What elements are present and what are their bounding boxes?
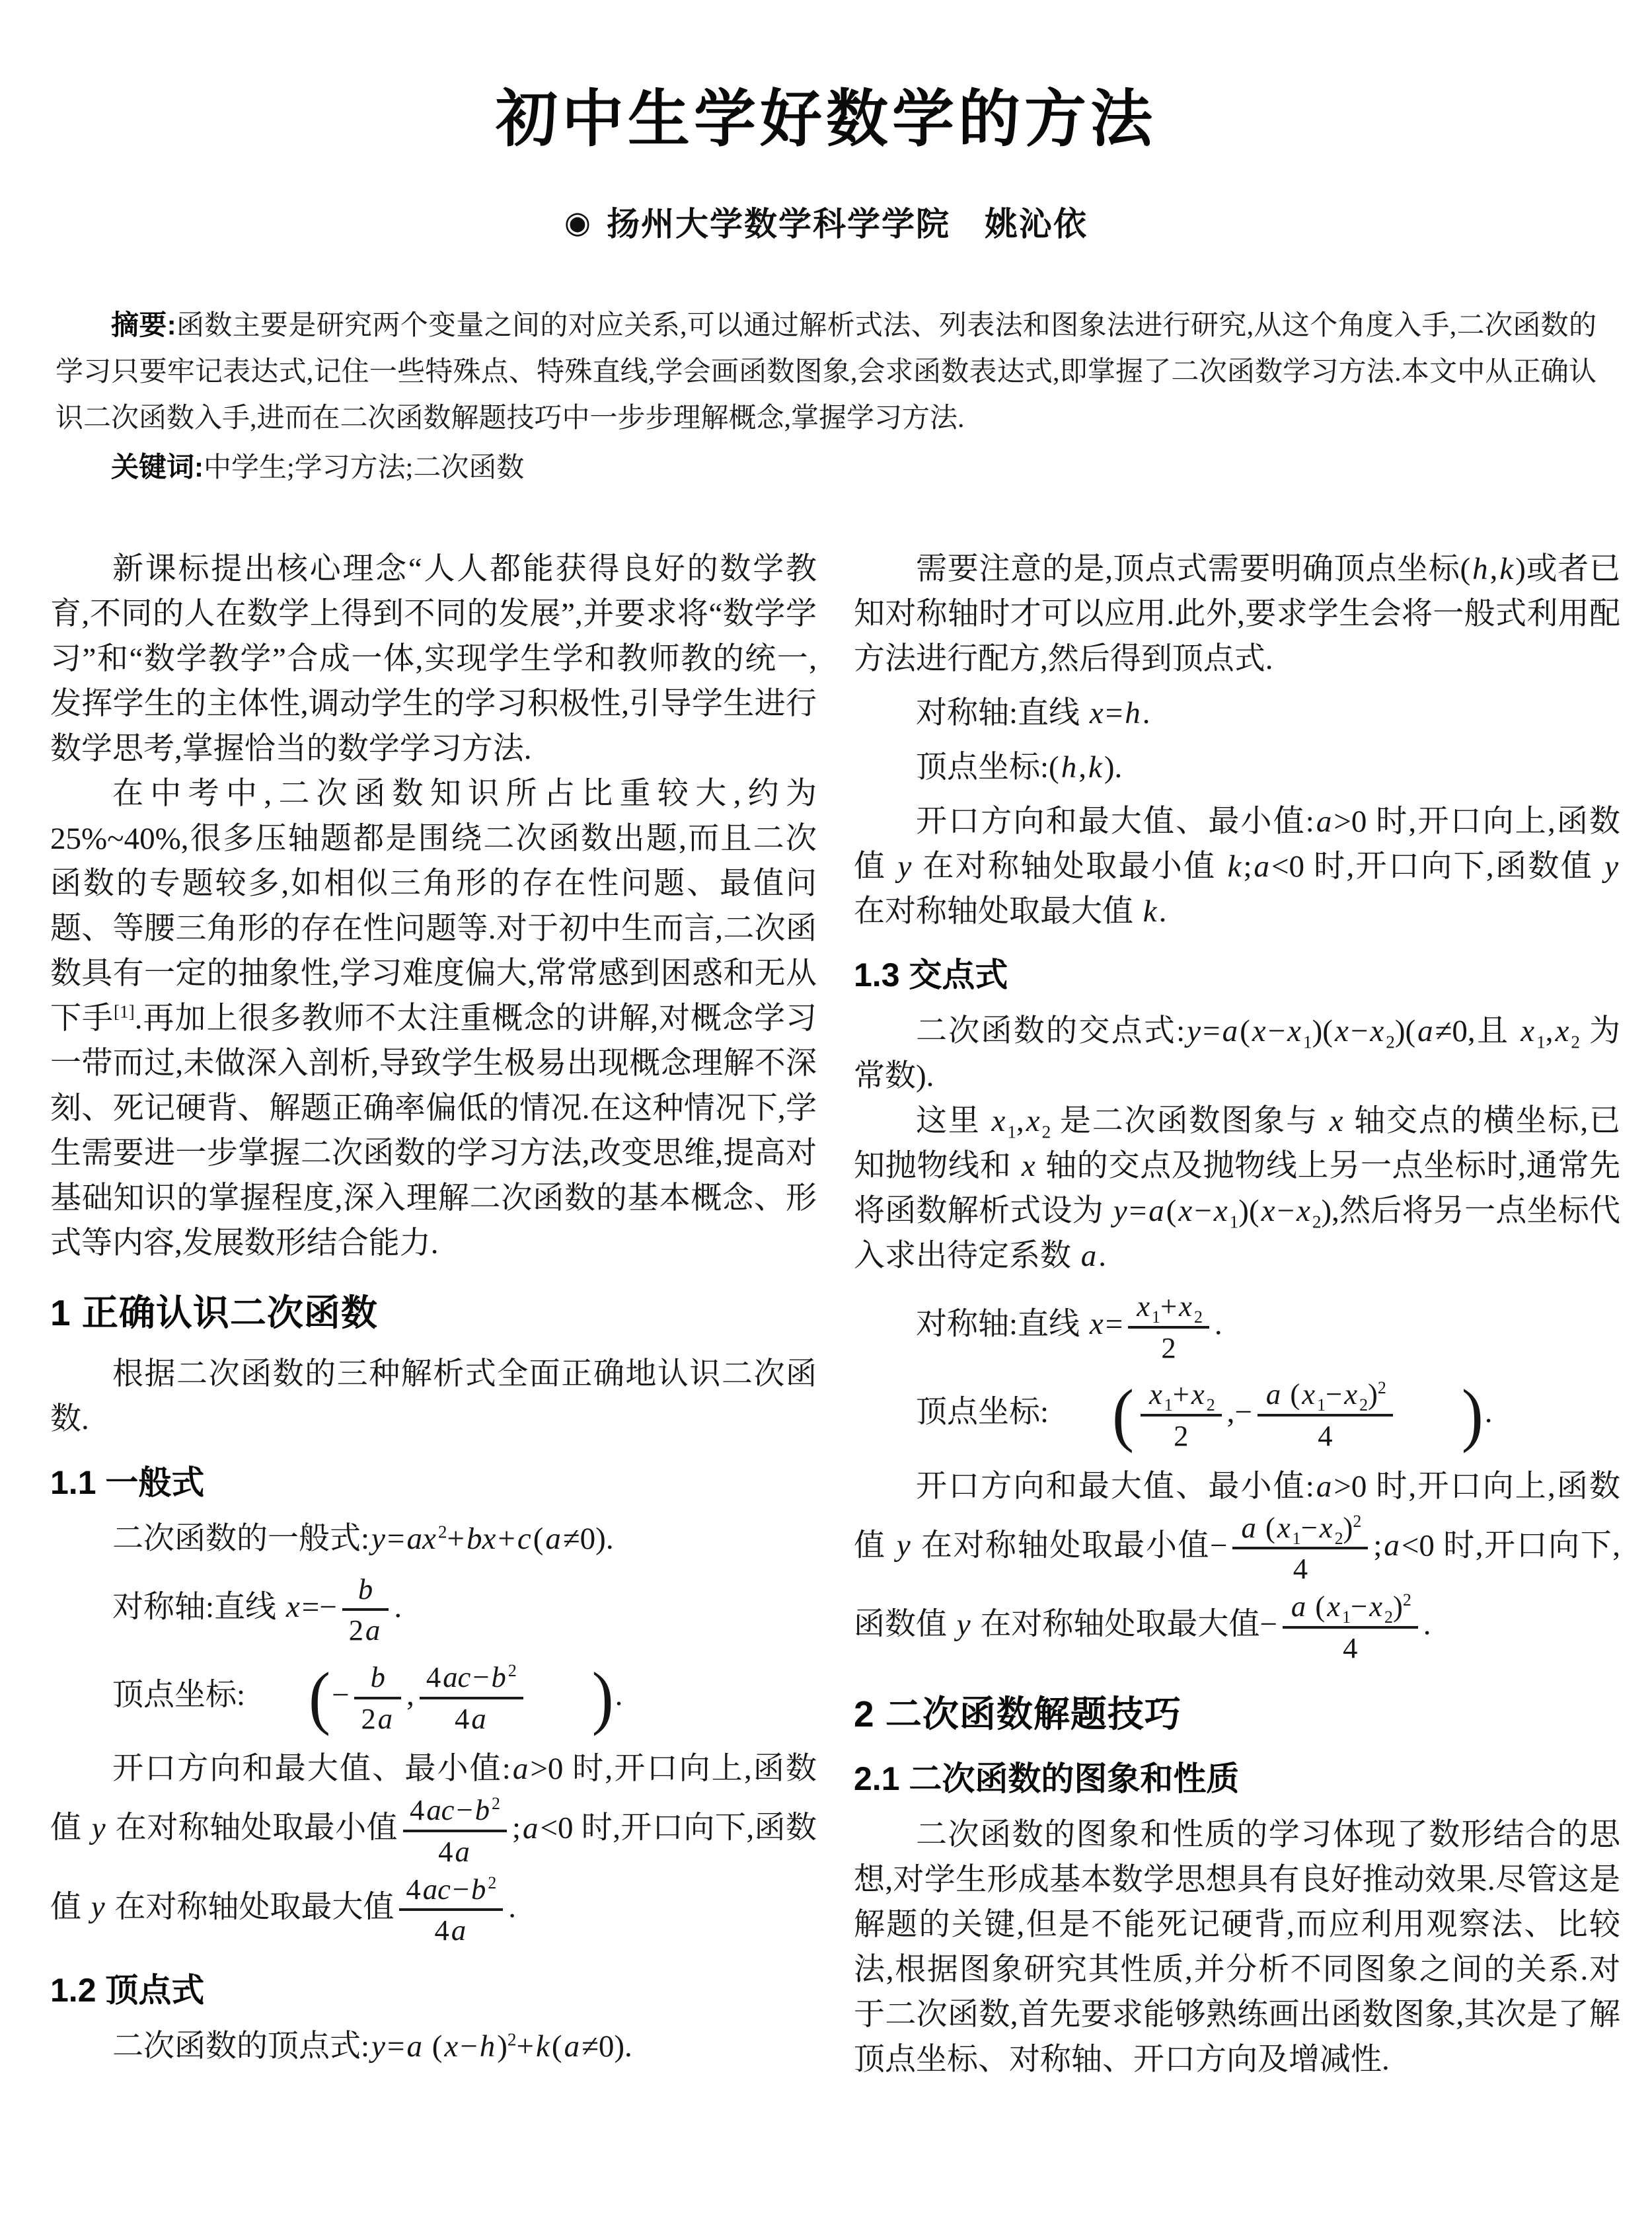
math-var-subscripted: x2 — [1367, 1590, 1393, 1623]
math-var: h — [1470, 552, 1490, 586]
math-var: y — [369, 1522, 387, 1556]
intro-paragraph-2: 在中考中,二次函数知识所占比重较大,约为25%~40%,很多压轴题都是围绕二次函… — [50, 771, 817, 1266]
math-var: ac — [424, 1793, 456, 1826]
subscript: 1 — [1007, 1122, 1016, 1142]
math-var: x — [1318, 1511, 1335, 1544]
math-var-subscripted: x1 — [1275, 1511, 1301, 1544]
abstract-text: 函数主要是研究两个变量之间的对应关系,可以通过解析式法、列表法和图象法进行研究,… — [56, 311, 1596, 434]
math-var: a — [1239, 1511, 1258, 1544]
fraction-denominator: 4 — [1232, 1549, 1368, 1586]
subscript: 1 — [1152, 1307, 1160, 1327]
subscript: 1 — [1303, 1032, 1312, 1052]
subscript: 2 — [1312, 1212, 1322, 1231]
math-var: x — [1553, 1014, 1571, 1048]
math-var: x — [1342, 1378, 1359, 1411]
left-column: 新课标提出核心理念“人人都能获得良好的数学教育,不同的人在数学上得到不同的发展”… — [50, 547, 817, 2082]
math-var-subscripted: x2 — [1189, 1378, 1215, 1411]
fraction-denominator: 4 — [1283, 1629, 1418, 1666]
math-var: y — [895, 1528, 913, 1563]
math-var: h — [1059, 750, 1079, 785]
fraction-numerator: a (x1−x2)2 — [1258, 1377, 1393, 1417]
superscript: 2 — [507, 2029, 517, 2049]
math-var: x — [442, 2029, 460, 2064]
fraction: 4ac−b24a — [399, 1872, 503, 1948]
fraction-denominator: 2a — [354, 1699, 401, 1736]
fraction: x1+x22 — [1128, 1289, 1209, 1365]
vertex-form-definition: 二次函数的顶点式:y=a (x−h)2+k(a≠0). — [50, 2024, 817, 2069]
subscript: 2 — [1207, 1395, 1215, 1415]
abstract-paragraph: 摘要:函数主要是研究两个变量之间的对应关系,可以通过解析式法、列表法和图象法进行… — [56, 302, 1596, 442]
keywords-text: 中学生;学习方法;二次函数 — [204, 453, 524, 483]
fraction-numerator: b — [342, 1572, 389, 1611]
superscript: [1] — [114, 1001, 135, 1021]
math-var: x — [1135, 1290, 1152, 1323]
math-var: bx — [465, 1522, 498, 1556]
author-bullet-icon: ◉ — [564, 205, 592, 239]
math-var: k — [534, 2029, 552, 2064]
math-var: x — [1088, 1307, 1106, 1341]
math-var: x — [1368, 1014, 1386, 1048]
math-var: y — [369, 2029, 387, 2064]
math-var-subscripted: x1 — [1300, 1378, 1326, 1411]
math-var-subscripted: x1 — [1147, 1378, 1173, 1411]
math-var: ac — [441, 1660, 472, 1693]
intersection-vertex-formula: 顶点坐标:(x1+x22,−a (x1−x2)24). — [854, 1376, 1620, 1454]
math-var: h — [478, 2029, 498, 2064]
math-var-subscripted: x1 — [989, 1104, 1016, 1138]
math-var: y — [1602, 849, 1620, 884]
math-var: ac — [421, 1873, 453, 1906]
math-var: x — [1250, 1014, 1268, 1048]
math-var: x — [1328, 1104, 1345, 1138]
fraction: a (x1−x2)24 — [1258, 1377, 1393, 1453]
math-var: b — [356, 1572, 375, 1606]
math-var: b — [473, 1793, 492, 1826]
math-var: a — [404, 2029, 424, 2064]
subscript: 2 — [1359, 1395, 1368, 1415]
math-var: x — [1367, 1590, 1384, 1623]
math-var-subscripted: x1 — [1519, 1014, 1546, 1048]
math-var: a — [1264, 1378, 1283, 1411]
subscript: 2 — [1335, 1529, 1343, 1548]
math-var: b — [369, 1660, 387, 1693]
math-var: x — [1189, 1378, 1207, 1411]
math-var-subscripted: x1 — [1285, 1014, 1312, 1048]
math-var: x — [1519, 1014, 1536, 1048]
subscript: 1 — [1293, 1529, 1301, 1548]
math-var: ax — [404, 1522, 437, 1556]
math-var-subscripted: x2 — [1553, 1014, 1580, 1048]
math-var: a — [1252, 849, 1272, 884]
fraction-denominator: 4a — [403, 1832, 507, 1869]
math-var: a — [521, 1811, 541, 1845]
subscript: 2 — [1194, 1307, 1203, 1327]
math-var: x — [1088, 696, 1106, 730]
fraction: 4ac−b24a — [403, 1793, 507, 1869]
fraction-numerator: x1+x2 — [1141, 1377, 1222, 1417]
math-var: a — [562, 2029, 582, 2064]
math-var: a — [469, 1702, 488, 1735]
subscript: 2 — [1042, 1122, 1051, 1142]
subscript: 1 — [1342, 1608, 1351, 1627]
math-var: a — [449, 1914, 468, 1947]
subscript: 1 — [1164, 1395, 1173, 1415]
math-var: x — [1285, 1014, 1303, 1048]
math-var: x — [1259, 1194, 1277, 1228]
fraction: b2a — [342, 1572, 389, 1648]
math-var-subscripted: x2 — [1368, 1014, 1395, 1048]
math-var: a — [453, 1835, 471, 1868]
math-var: x — [1300, 1378, 1317, 1411]
fraction-denominator: 2a — [342, 1611, 389, 1648]
section-2-heading: 2 二次函数解题技巧 — [854, 1691, 1620, 1738]
superscript: 2 — [1403, 1590, 1411, 1610]
right-column: 需要注意的是,顶点式需要明确顶点坐标(h,k)或者已知对称轴时才可以应用.此外,… — [854, 547, 1620, 2082]
fraction: b2a — [354, 1660, 401, 1736]
superscript: 2 — [492, 1794, 500, 1813]
math-var-subscripted: x2 — [1177, 1290, 1203, 1323]
math-var: c — [515, 1522, 533, 1556]
math-var: k — [1226, 849, 1244, 884]
fraction-numerator: a (x1−x2)2 — [1283, 1589, 1418, 1629]
subscript: 1 — [1317, 1395, 1326, 1415]
math-var: x — [1147, 1378, 1164, 1411]
math-var: y — [1185, 1014, 1203, 1048]
math-var: k — [1141, 894, 1159, 929]
math-var: a — [363, 1613, 382, 1647]
fraction: a (x1−x2)24 — [1283, 1589, 1418, 1665]
math-var: a — [1289, 1590, 1308, 1623]
math-var-subscripted: x2 — [1318, 1511, 1343, 1544]
math-var: a — [1415, 1014, 1435, 1048]
vertex-vertex-formula: 顶点坐标:(h,k). — [854, 745, 1620, 790]
fraction: a (x1−x2)24 — [1232, 1510, 1368, 1586]
section-2-1-heading: 2.1 二次函数的图象和性质 — [854, 1758, 1620, 1801]
math-var: b — [469, 1873, 488, 1906]
math-var: x — [1275, 1511, 1293, 1544]
math-var-subscripted: x1 — [1212, 1194, 1239, 1228]
abstract-label: 摘要: — [111, 309, 176, 340]
math-var: x — [1295, 1194, 1312, 1228]
paper-page: 初中生学好数学的方法 ◉扬州大学数学科学学院 姚沁依 摘要:函数主要是研究两个变… — [0, 0, 1652, 2213]
math-var: x — [1325, 1590, 1342, 1623]
math-var: x — [1020, 1149, 1037, 1183]
superscript: 2 — [488, 1873, 496, 1892]
math-var: x — [1177, 1290, 1194, 1323]
vertex-form-note: 需要注意的是,顶点式需要明确顶点坐标(h,k)或者已知对称轴时才可以应用.此外,… — [854, 547, 1620, 681]
superscript: 2 — [1353, 1512, 1361, 1531]
intersection-extrema-paragraph: 开口方向和最大值、最小值:a>0 时,开口向上,函数值 y 在对称轴处取最小值−… — [854, 1464, 1620, 1667]
fraction-numerator: b — [354, 1660, 401, 1699]
math-var: a — [1079, 1239, 1099, 1273]
fraction-denominator: 2 — [1141, 1417, 1222, 1454]
math-var-subscripted: x1 — [1135, 1290, 1160, 1323]
section-1-3-heading: 1.3 交点式 — [854, 954, 1620, 997]
math-var: x — [1333, 1014, 1351, 1048]
section-1-1-heading: 1.1 一般式 — [50, 1461, 817, 1504]
fraction-numerator: a (x1−x2)2 — [1232, 1510, 1368, 1550]
general-axis-formula: 对称轴:直线 x=−b2a. — [50, 1571, 817, 1649]
subscript: 2 — [1386, 1032, 1395, 1052]
fraction-numerator: 4ac−b2 — [420, 1660, 523, 1699]
graph-properties-paragraph: 二次函数的图象和性质的学习体现了数形结合的思想,对学生形成基本数学思想具有良好推… — [854, 1812, 1620, 2082]
math-var: x — [989, 1104, 1007, 1138]
subscript: 2 — [1571, 1032, 1580, 1052]
math-var: a — [511, 1752, 531, 1786]
author-affiliation-name: 扬州大学数学科学学院 姚沁依 — [607, 206, 1088, 243]
intersection-form-note: 这里 x1,x2 是二次函数图象与 x 轴交点的横坐标,已知抛物线和 x 轴的交… — [854, 1099, 1620, 1278]
vertex-axis-formula: 对称轴:直线 x=h. — [854, 691, 1620, 736]
section-1-2-heading: 1.2 顶点式 — [50, 1969, 817, 2012]
abstract-section: 摘要:函数主要是研究两个变量之间的对应关系,可以通过解析式法、列表法和图象法进行… — [56, 302, 1596, 491]
math-var: y — [90, 1811, 108, 1845]
big-paren: ) — [1398, 1389, 1485, 1442]
math-var: a — [1382, 1528, 1402, 1563]
subscript: 2 — [1384, 1608, 1393, 1627]
general-vertex-formula: 顶点坐标:(−b2a,4ac−b24a). — [50, 1658, 817, 1737]
subscript: 1 — [1230, 1212, 1239, 1231]
intersection-form-definition: 二次函数的交点式:y=a(x−x1)(x−x2)(a≠0,且 x1,x2 为常数… — [854, 1009, 1620, 1099]
math-var: b — [490, 1660, 508, 1693]
math-var: a — [1220, 1014, 1240, 1048]
author-line: ◉扬州大学数学科学学院 姚沁依 — [0, 198, 1652, 245]
math-var: a — [1314, 1469, 1334, 1504]
fraction-denominator: 4a — [399, 1911, 503, 1948]
general-form-definition: 二次函数的一般式:y=ax2+bx+c(a≠0). — [50, 1516, 817, 1561]
math-var: x — [1212, 1194, 1230, 1228]
vertex-extrema-paragraph: 开口方向和最大值、最小值:a>0 时,开口向上,函数值 y 在对称轴处取最小值 … — [854, 799, 1620, 934]
math-var: a — [1314, 804, 1334, 839]
math-var: y — [895, 849, 913, 884]
big-paren: ) — [529, 1672, 615, 1725]
keywords-label: 关键词: — [111, 451, 204, 483]
math-var: x — [1176, 1194, 1194, 1228]
superscript: 2 — [438, 1522, 447, 1541]
math-var: a — [543, 1522, 563, 1556]
page-title: 初中生学好数学的方法 — [0, 69, 1652, 158]
fraction-numerator: x1+x2 — [1128, 1289, 1209, 1329]
math-var-subscripted: x2 — [1024, 1104, 1051, 1138]
section-1-intro: 根据二次函数的三种解析式全面正确地认识二次函数. — [50, 1352, 817, 1442]
math-var-subscripted: x1 — [1325, 1590, 1351, 1623]
math-var-subscripted: x2 — [1342, 1378, 1368, 1411]
body-columns: 新课标提出核心理念“人人都能获得良好的数学教育,不同的人在数学上得到不同的发展”… — [50, 547, 1620, 2082]
math-var: x — [284, 1590, 302, 1624]
fraction-numerator: 4ac−b2 — [403, 1793, 507, 1832]
section-1-heading: 1 正确认识二次函数 — [50, 1290, 817, 1337]
intersection-axis-formula: 对称轴:直线 x=x1+x22. — [854, 1288, 1620, 1366]
big-paren: ( — [245, 1672, 332, 1725]
general-extrema-paragraph: 开口方向和最大值、最小值:a>0 时,开口向上,函数值 y 在对称轴处取最小值4… — [50, 1746, 817, 1949]
big-paren: ( — [1049, 1389, 1135, 1442]
math-var: h — [1123, 696, 1143, 730]
math-var: y — [955, 1608, 973, 1642]
math-var: x — [1024, 1104, 1042, 1138]
math-var: a — [376, 1702, 394, 1735]
math-var: k — [1086, 750, 1104, 785]
fraction: 4ac−b24a — [420, 1660, 523, 1736]
fraction: x1+x22 — [1141, 1377, 1222, 1453]
superscript: 2 — [508, 1661, 517, 1680]
math-var: y — [1111, 1194, 1129, 1228]
math-var: y — [89, 1890, 107, 1924]
fraction-denominator: 2 — [1128, 1329, 1209, 1366]
intro-paragraph-1: 新课标提出核心理念“人人都能获得良好的数学教育,不同的人在数学上得到不同的发展”… — [50, 547, 817, 771]
superscript: 2 — [1378, 1379, 1386, 1398]
subscript: 1 — [1536, 1032, 1546, 1052]
math-var: a — [1146, 1194, 1166, 1228]
math-var: k — [1497, 552, 1515, 586]
fraction-denominator: 4a — [420, 1699, 523, 1736]
keywords-line: 关键词:中学生;学习方法;二次函数 — [56, 444, 1596, 491]
fraction-denominator: 4 — [1258, 1417, 1393, 1454]
fraction-numerator: 4ac−b2 — [399, 1872, 503, 1912]
math-var-subscripted: x2 — [1295, 1194, 1322, 1228]
